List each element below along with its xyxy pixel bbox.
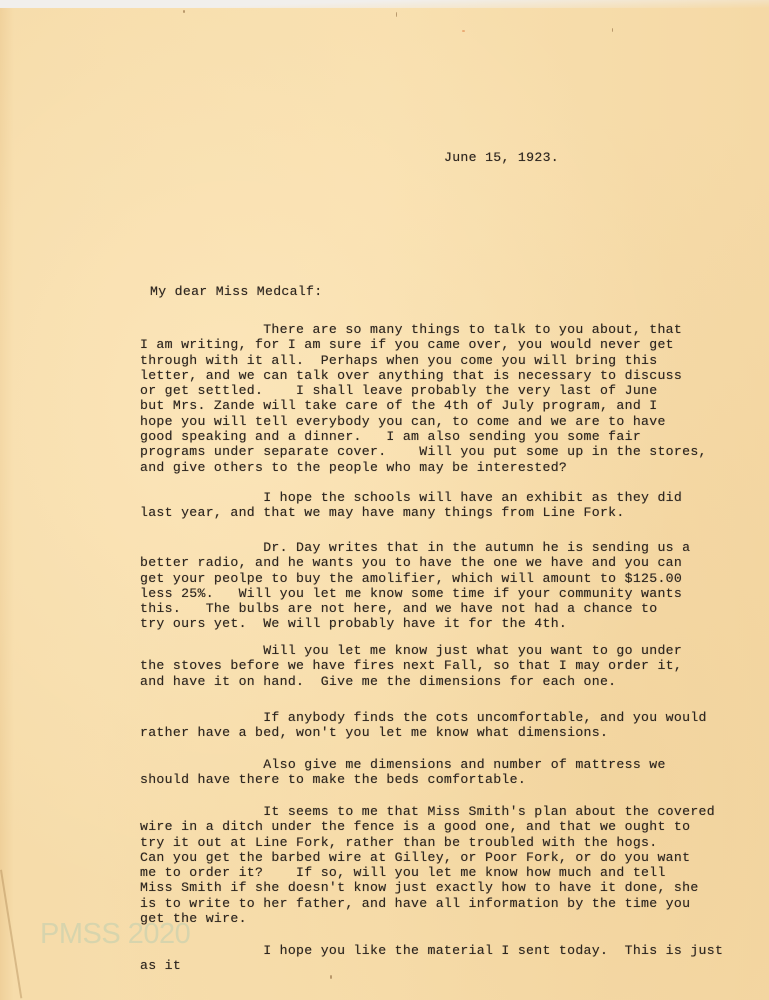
text-line: try it out at Line Fork, rather than be … [140, 835, 700, 850]
paragraph-8: I hope you like the material I sent toda… [140, 943, 700, 974]
text-line: better radio, and he wants you to have t… [140, 555, 700, 570]
text-line: and give others to the people who may be… [140, 460, 700, 475]
text-line: hope you will tell everybody you can, to… [140, 414, 700, 429]
text-line: I am writing, for I am sure if you came … [140, 337, 700, 352]
text-line: good speaking and a dinner. I am also se… [140, 429, 700, 444]
text-line: as it [140, 958, 700, 973]
paper-speck [462, 30, 465, 32]
paragraph-7: It seems to me that Miss Smith's plan ab… [140, 804, 700, 926]
paper-speck [330, 975, 332, 979]
text-line: last year, and that we may have many thi… [140, 505, 700, 520]
text-line: should have there to make the beds comfo… [140, 772, 700, 787]
paragraph-6: Also give me dimensions and number of ma… [140, 757, 700, 788]
text-line: me to order it? If so, will you let me k… [140, 865, 700, 880]
text-line: If anybody finds the cots uncomfortable,… [140, 710, 700, 725]
text-line: Miss Smith if she doesn't know just exac… [140, 880, 700, 895]
paragraph-2: I hope the schools will have an exhibit … [140, 490, 700, 521]
text-line: letter, and we can talk over anything th… [140, 368, 700, 383]
scan-top-edge [0, 0, 769, 8]
paper-speck [396, 12, 397, 17]
text-line: and have it on hand. Give me the dimensi… [140, 674, 700, 689]
text-line: but Mrs. Zande will take care of the 4th… [140, 398, 700, 413]
text-line: Also give me dimensions and number of ma… [140, 757, 700, 772]
text-line: I hope you like the material I sent toda… [140, 943, 700, 958]
text-line: this. The bulbs are not here, and we hav… [140, 601, 700, 616]
paper-speck [183, 10, 185, 13]
letter-date: June 15, 1923. [444, 150, 559, 165]
paragraph-3: Dr. Day writes that in the autumn he is … [140, 540, 700, 632]
paper-speck [612, 28, 613, 32]
text-line: It seems to me that Miss Smith's plan ab… [140, 804, 700, 819]
letter-salutation: My dear Miss Medcalf: [150, 284, 323, 299]
text-line: less 25%. Will you let me know some time… [140, 586, 700, 601]
paragraph-4: Will you let me know just what you want … [140, 643, 700, 689]
text-line: rather have a bed, won't you let me know… [140, 725, 700, 740]
text-line: the stoves before we have fires next Fal… [140, 658, 700, 673]
letter-page: June 15, 1923. My dear Miss Medcalf: The… [0, 0, 769, 1000]
text-line: get the wire. [140, 911, 700, 926]
text-line: Will you let me know just what you want … [140, 643, 700, 658]
text-line: try ours yet. We will probably have it f… [140, 616, 700, 631]
text-line: or get settled. I shall leave probably t… [140, 383, 700, 398]
text-line: There are so many things to talk to you … [140, 322, 700, 337]
text-line: Dr. Day writes that in the autumn he is … [140, 540, 700, 555]
text-line: wire in a ditch under the fence is a goo… [140, 819, 700, 834]
text-line: get your peolpe to buy the amolifier, wh… [140, 571, 700, 586]
paper-crease [0, 870, 22, 999]
text-line: programs under separate cover. Will you … [140, 444, 700, 459]
text-line: I hope the schools will have an exhibit … [140, 490, 700, 505]
paragraph-1: There are so many things to talk to you … [140, 322, 700, 475]
text-line: is to write to her father, and have all … [140, 896, 700, 911]
text-line: Can you get the barbed wire at Gilley, o… [140, 850, 700, 865]
paragraph-5: If anybody finds the cots uncomfortable,… [140, 710, 700, 741]
text-line: through with it all. Perhaps when you co… [140, 353, 700, 368]
